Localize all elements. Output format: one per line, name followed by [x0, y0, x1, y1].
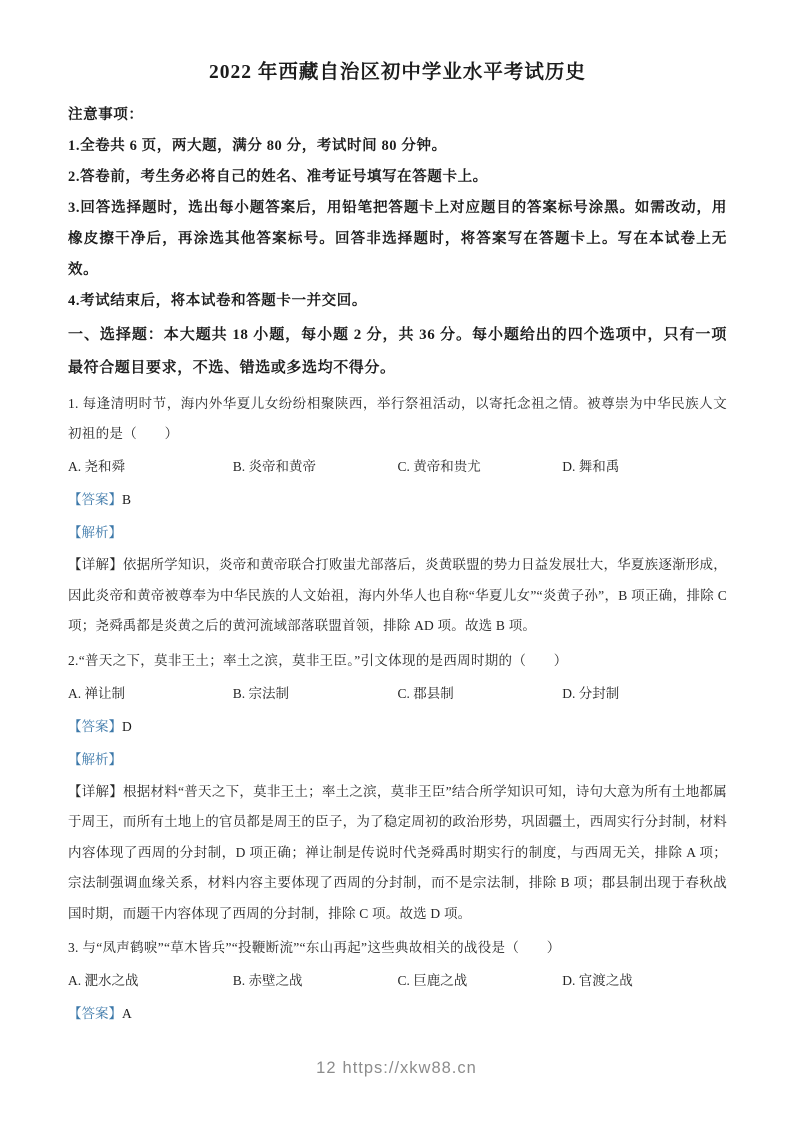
question-1-analysis-line: 【解析】 — [68, 518, 727, 548]
question-2-answer-line: 【答案】D — [68, 712, 727, 742]
notice-section: 注意事项： 1.全卷共 6 页，两大题，满分 80 分，考试时间 80 分钟。 … — [68, 100, 727, 317]
question-1-detail-text: 依据所学知识，炎帝和黄帝联合打败蚩尤部落后，炎黄联盟的势力日益发展壮大，华夏族逐… — [68, 557, 727, 633]
notice-heading: 注意事项： — [68, 100, 727, 131]
detail-marker: 【详解】 — [68, 784, 123, 799]
answer-marker: 【答案】 — [68, 719, 122, 734]
page-title: 2022 年西藏自治区初中学业水平考试历史 — [68, 56, 727, 84]
footer-url: https://xkw88.cn — [343, 1059, 477, 1077]
question-2-analysis-line: 【解析】 — [68, 745, 727, 775]
question-2-detail-text: 根据材料“普天之下，莫非王土；率土之滨，莫非王臣”结合所学知识可知，诗句大意为所… — [68, 784, 727, 921]
question-1-answer-line: 【答案】B — [68, 485, 727, 515]
question-3-option-c: C. 巨鹿之战 — [398, 966, 563, 996]
question-1-stem: 1. 每逢清明时节，海内外华夏儿女纷纷相聚陕西，举行祭祖活动，以寄托念祖之情。被… — [68, 389, 727, 449]
question-2-stem: 2.“普天之下，莫非王土；率土之滨，莫非王臣。”引文体现的是西周时期的（ ） — [68, 646, 727, 676]
question-3-answer-line: 【答案】A — [68, 999, 727, 1029]
question-2-detail: 【详解】根据材料“普天之下，莫非王土；率土之滨，莫非王臣”结合所学知识可知，诗句… — [68, 777, 727, 930]
question-1: 1. 每逢清明时节，海内外华夏儿女纷纷相聚陕西，举行祭祖活动，以寄托念祖之情。被… — [68, 389, 727, 642]
question-3-option-b: B. 赤壁之战 — [233, 966, 398, 996]
analysis-marker: 【解析】 — [68, 752, 122, 767]
question-2-options: A. 禅让制 B. 宗法制 C. 郡县制 D. 分封制 — [68, 679, 727, 709]
question-1-option-b: B. 炎帝和黄帝 — [233, 452, 398, 482]
question-2-option-d: D. 分封制 — [562, 679, 727, 709]
notice-item-1: 1.全卷共 6 页，两大题，满分 80 分，考试时间 80 分钟。 — [68, 131, 727, 162]
question-1-answer-value: B — [122, 492, 131, 507]
question-3-option-d: D. 官渡之战 — [562, 966, 727, 996]
question-3: 3. 与“凤声鹤唳”“草木皆兵”“投鞭断流”“东山再起”这些典故相关的战役是（ … — [68, 933, 727, 1029]
answer-marker: 【答案】 — [68, 1006, 122, 1021]
question-2-option-b: B. 宗法制 — [233, 679, 398, 709]
page-footer: 12https://xkw88.cn — [0, 1059, 793, 1078]
analysis-marker: 【解析】 — [68, 525, 122, 540]
question-1-option-a: A. 尧和舜 — [68, 452, 233, 482]
answer-marker: 【答案】 — [68, 492, 122, 507]
question-2-option-a: A. 禅让制 — [68, 679, 233, 709]
detail-marker: 【详解】 — [68, 557, 123, 572]
question-1-option-d: D. 舞和禹 — [562, 452, 727, 482]
question-2-answer-value: D — [122, 719, 132, 734]
footer-page-number: 12 — [316, 1059, 336, 1077]
question-2: 2.“普天之下，莫非王土；率土之滨，莫非王臣。”引文体现的是西周时期的（ ） A… — [68, 646, 727, 930]
notice-item-3: 3.回答选择题时，选出每小题答案后，用铅笔把答题卡上对应题目的答案标号涂黑。如需… — [68, 193, 727, 286]
question-1-detail: 【详解】依据所学知识，炎帝和黄帝联合打败蚩尤部落后，炎黄联盟的势力日益发展壮大，… — [68, 550, 727, 642]
question-1-option-c: C. 黄帝和贵尤 — [398, 452, 563, 482]
exam-page: 2022 年西藏自治区初中学业水平考试历史 注意事项： 1.全卷共 6 页，两大… — [0, 0, 793, 1029]
section-heading: 一、选择题：本大题共 18 小题，每小题 2 分，共 36 分。每小题给出的四个… — [68, 319, 727, 385]
question-3-options: A. 淝水之战 B. 赤壁之战 C. 巨鹿之战 D. 官渡之战 — [68, 966, 727, 996]
question-3-answer-value: A — [122, 1006, 132, 1021]
question-3-option-a: A. 淝水之战 — [68, 966, 233, 996]
question-2-option-c: C. 郡县制 — [398, 679, 563, 709]
question-3-stem: 3. 与“凤声鹤唳”“草木皆兵”“投鞭断流”“东山再起”这些典故相关的战役是（ … — [68, 933, 727, 963]
notice-item-2: 2.答卷前，考生务必将自己的姓名、准考证号填写在答题卡上。 — [68, 162, 727, 193]
notice-item-4: 4.考试结束后，将本试卷和答题卡一并交回。 — [68, 286, 727, 317]
question-1-options: A. 尧和舜 B. 炎帝和黄帝 C. 黄帝和贵尤 D. 舞和禹 — [68, 452, 727, 482]
